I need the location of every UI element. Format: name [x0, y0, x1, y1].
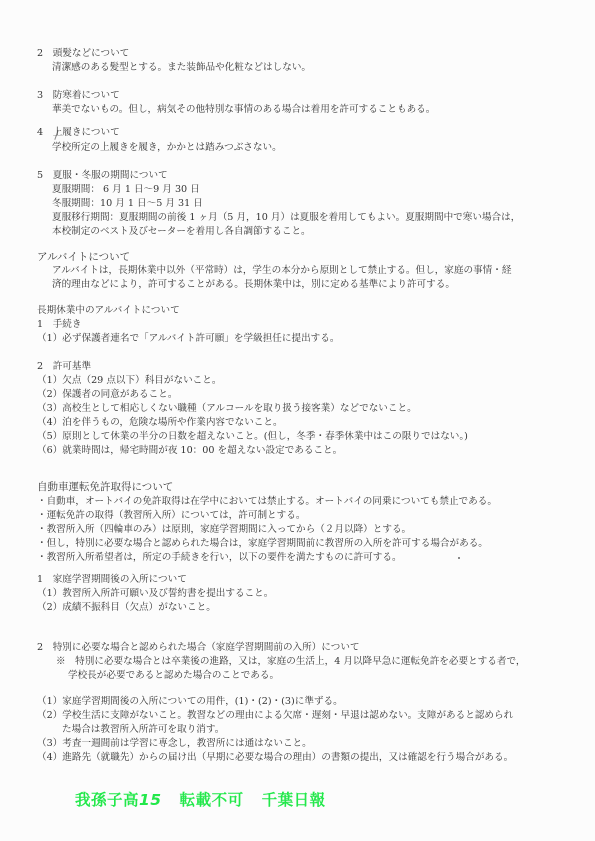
- coat-section-body: 華美でないもの。但し，病気その他特別な事情のある場合は着用を許可することもある。: [52, 104, 435, 116]
- criteria-title: 2 許可基準: [37, 361, 91, 373]
- longbreak-heading: 長期休業中のアルバイトについて: [37, 305, 180, 317]
- parttime-body-line-1: アルバイトは，長期休業中以外（平常時）は，学生の本分から原則として禁止する。但し…: [52, 265, 511, 277]
- special-item: （1）家庭学習期間後の入所についての用件，(1)・(2)・(3)に準ずる。: [37, 696, 343, 708]
- uniform-section-title: 5 夏服・冬服の期間について: [37, 170, 168, 182]
- special-item: （4）進路先（就職先）からの届け出（早期に必要な場合の理由）の書類の提出，又は確…: [37, 752, 513, 764]
- license-heading: 自動車運転免許取得について: [37, 481, 173, 493]
- criteria-item: （4）泊を伴うもの，危険な場所や作業内容でないこと。: [37, 417, 283, 429]
- special-item: （3）考査一週間前は学習に専念し，教習所には通はないこと。: [37, 738, 312, 750]
- criteria-item: （1）欠点（29 点以下）科目がないこと。: [37, 375, 221, 387]
- special-entry-title: 2 特別に必要な場合と認められた場合（家庭学習期間前の入所）について: [37, 642, 360, 654]
- parttime-body-line-2: 済的理由などにより，許可することがある。長期休業中は，別に定める基準により許可す…: [52, 279, 455, 291]
- special-note-line-2: 学校長が必要であると認めた場合のことである。: [68, 670, 279, 682]
- after-entry-item: （1）教習所入所許可願い及び誓約書を提出すること。: [37, 588, 273, 600]
- procedure-title: 1 手続き: [37, 319, 81, 331]
- procedure-item: （1）必ず保護者連名で「アルバイト許可願」を学級担任に提出する。: [37, 333, 339, 345]
- criteria-item: （3）高校生として相応しくない職種（アルコールを取り扱う接客業）などでないこと。: [37, 403, 417, 415]
- criteria-item: （6）就業時間は，帰宅時間が夜 10：00 を超えない設定であること。: [37, 445, 342, 457]
- after-entry-title: 1 家庭学習期間後の入所について: [37, 574, 187, 586]
- winter-period: 冬服期間：10 月 1 日～5 月 31 日: [52, 198, 203, 210]
- parttime-heading: アルバイトについて: [37, 251, 130, 263]
- shoes-section-body: 学校所定の上履きを履き，かかとは踏みつぶさない。: [52, 142, 282, 154]
- transition-period-line-1: 夏服移行期間：夏服期間の前後 1 ヶ月（5 月，10 月）は夏服を着用してもよい…: [52, 212, 520, 224]
- stamp-source: 千葉日報: [262, 791, 326, 809]
- special-item-continuation: た場合は教習所入所許可を取り消す。: [62, 724, 224, 736]
- special-item: （2）学校生活に支障がないこと。教習などの理由による欠席・遅刻・早退は認めない。…: [37, 710, 513, 722]
- stamp-school: 我孫子高: [75, 791, 139, 809]
- stamp-notice: 転載不可: [180, 791, 244, 809]
- copyright-stamp: 我孫子高15転載不可千葉日報: [75, 788, 326, 810]
- license-bullet: ・自動車，オートバイの免許取得は在学中においては禁止する。オートバイの同乗につい…: [37, 496, 497, 508]
- summer-period: 夏服期間： 6 月 1 日～9 月 30 日: [52, 184, 200, 196]
- stamp-number: 15: [139, 791, 162, 809]
- license-bullet: ・但し，特別に必要な場合と認められた場合は，家庭学習期間前に教習所の入所を許可す…: [37, 538, 488, 550]
- special-note-line-1: ※ 特別に必要な場合とは卒業後の進路，又は，家庭の生活上，4 月以降早急に運転免…: [56, 656, 525, 668]
- after-entry-item: （2）成績不振科目（欠点）がないこと。: [37, 602, 216, 614]
- coat-section-title: 3 防寒着について: [37, 90, 120, 102]
- license-bullet: ・運転免許の取得（教習所入所）については，許可制とする。: [37, 510, 305, 522]
- shoes-section-title: 4 上履きについて: [37, 127, 120, 139]
- hair-section-title: 2 頭髪などについて: [37, 48, 129, 60]
- license-bullet: ・教習所入所（四輪車のみ）は原則，家庭学習期間に入ってから（２月以降）とする。: [37, 524, 411, 536]
- criteria-item: （2）保護者の同意があること。: [37, 389, 177, 401]
- hair-section-body: 清潔感のある髪型とする。また装飾品や化粧などはしない。: [52, 62, 311, 74]
- stray-dot-mark: [458, 557, 460, 559]
- criteria-item: （5）原則として休業の半分の日数を超えないこと。(但し，冬季・春季休業中はこの限…: [37, 431, 468, 443]
- transition-period-line-2: 本校制定のベスト及びセーターを着用し各自調節すること。: [52, 226, 311, 238]
- license-bullet: ・教習所入所希望者は，所定の手続きを行い，以下の要件を満たすものに許可する。: [37, 552, 402, 564]
